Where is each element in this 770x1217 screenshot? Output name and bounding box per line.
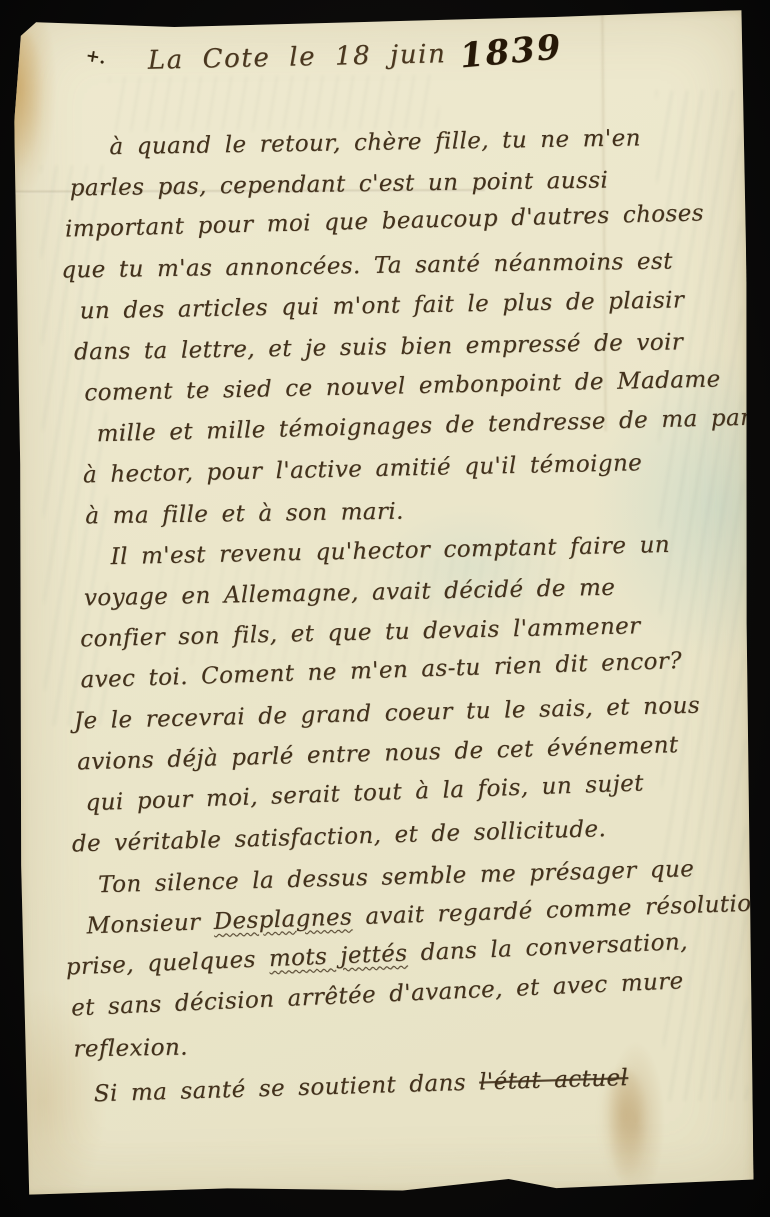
line-text: à hector, pour l'active amitié qu'il tém…	[83, 450, 643, 488]
line-text: reflexion.	[73, 1035, 188, 1063]
ink-blot: +.	[84, 46, 107, 69]
line-text: dans ta lettre, et je suis bien empressé…	[74, 329, 684, 365]
underlined-word: mots jettés	[268, 941, 408, 973]
line-text: voyage en Allemagne, avait décidé de me	[84, 575, 616, 612]
dateline-year: 1839	[458, 27, 564, 76]
line-text: parles pas, cependant c'est un point aus…	[70, 167, 609, 201]
line-text: prise, quelques	[65, 946, 269, 980]
dateline: La Cote le 18 juin1839	[147, 29, 562, 78]
line-text: important pour moi que beaucoup d'autres…	[65, 200, 705, 242]
letter-body: à quand le retour, chère fille, tu ne m'…	[14, 122, 753, 1116]
line-text: à quand le retour, chère fille, tu ne m'…	[109, 125, 641, 160]
line-text: Il m'est revenu qu'hector comptant faire…	[110, 532, 670, 570]
dateline-text: La Cote le 18 juin	[147, 39, 446, 76]
line-text: mille et mille témoignages de tendresse …	[96, 404, 753, 447]
line-text: de véritable satisfaction, et de sollici…	[72, 816, 607, 857]
line-text: que tu m'as annoncées. Ta santé néanmoin…	[61, 248, 673, 283]
line-text: dans la conversation,	[407, 929, 688, 966]
letter-page: +. La Cote le 18 juin1839 à quand le ret…	[13, 10, 753, 1196]
line-text: à ma fille et à son mari.	[85, 499, 404, 530]
underlined-word: Desplagnes	[213, 904, 352, 935]
line-text: un des articles qui m'ont fait le plus d…	[79, 287, 684, 324]
struck-words: l'état actuel	[479, 1065, 629, 1096]
scanner-background: +. La Cote le 18 juin1839 à quand le ret…	[0, 0, 770, 1217]
line-text: Si ma santé se soutient dans	[93, 1070, 479, 1108]
line-text: Monsieur	[86, 909, 214, 939]
